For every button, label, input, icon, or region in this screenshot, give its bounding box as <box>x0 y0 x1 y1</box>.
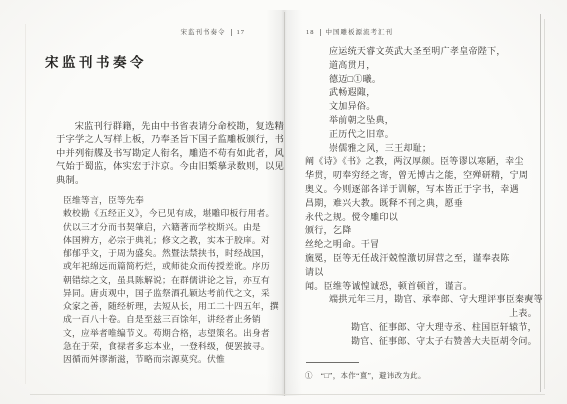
left-page-edge <box>25 24 26 384</box>
header-divider <box>231 29 232 36</box>
page-number: 18 <box>306 28 315 37</box>
body-line: 丝纶之明命。干冒 <box>305 238 537 252</box>
footnote-rule <box>306 362 359 363</box>
body-line: 应运统天睿文英武大圣至明广孝皇帝陛下， <box>305 45 537 59</box>
header-divider <box>320 29 321 36</box>
running-header-title: 宋监刊书奏令 <box>181 28 226 37</box>
book-spread: 宋监刊书奏令 17 宋监刊书奏令 宋监刊行群籍，先由中书省表请分命校勘，复选精于… <box>0 0 567 404</box>
quote-line: 或年祀绵远而篇简朽烂，或师徒众而传授差讹。序历 <box>63 260 285 273</box>
left-running-header: 宋监刊书奏令 17 <box>150 28 245 37</box>
body-line: 旒冕，臣等无任战汗兢惶激切屏营之至，谨奉表陈 <box>305 252 537 266</box>
body-line: 武畅遐陬， <box>305 86 537 100</box>
body-line: 阐《诗》《书》之教，两汉厚颜。臣等谬以寒陋，幸尘 <box>305 155 537 169</box>
memorial-quote-block: 臣维等言，臣等先奉 敕校勘《五经正义》，今已见有成，堪雕印板行用者。 伏以三才分… <box>63 194 285 366</box>
body-line: 文加异俗。 <box>305 100 537 114</box>
quote-line: 众家之善，随经析理，去短从长，用工二十四五年，撰 <box>63 300 285 313</box>
quote-line: 因循而舛谬渐滋，节略而宗源莫究。伏惟 <box>63 353 285 366</box>
quote-line: 文，应举者唯编节义。苟期合格，志望策名。出身者 <box>63 327 285 340</box>
body-line: 上表。 <box>305 307 537 321</box>
body-line: 勘官、征事郎、守大理寺丞、柱国臣轩辕节， <box>305 321 537 335</box>
body-line: 道高贯月， <box>305 59 537 73</box>
body-line: 勘官、征事郎、守太子右赞善大夫臣胡令问。 <box>305 335 537 349</box>
body-line: 昌期，难兴大教。既释不刊之典，愿垂 <box>305 197 537 211</box>
quote-line: 体国辨方，必宗于典礼；修文之教，实本于胶庠。对 <box>63 234 285 247</box>
body-line: 正历代之旧章。 <box>305 128 537 142</box>
quote-line: 臣维等言，臣等先奉 <box>63 194 285 207</box>
right-page-edge <box>540 14 541 392</box>
running-header-title: 中国雕板源流考汇刊 <box>326 28 394 37</box>
quote-line: 郁郁乎文，于周为盛矣。然暨法禁挟书，时经战国， <box>63 247 285 260</box>
footnote: ① “□”，本作“亶”，避讳改为此。 <box>305 370 535 381</box>
body-line: 奥义。今则逐部各详于训解，写本皆正于字书，幸遇 <box>305 183 537 197</box>
body-line: 请以 <box>305 266 537 280</box>
body-line: 端拱元年三月，勘官、承奉郎、守大理评事臣秦奭等 <box>305 293 537 307</box>
memorial-body-block: 应运统天睿文英武大圣至明广孝皇帝陛下， 道高贯月， 德迈□①曦。 武畅遐陬， 文… <box>305 45 537 349</box>
quote-line: 异同。唐贞观中，国子监祭酒孔颖达考前代之文，采 <box>63 287 285 300</box>
page-number: 17 <box>237 28 246 37</box>
body-line: 华贯，叨奉穷经之寄，曾无博古之能，空殚研精，宁周 <box>305 169 537 183</box>
bottom-page-edge <box>30 394 545 395</box>
body-line: 崇儒雅之风，三王却耻； <box>305 142 537 156</box>
right-page-edge-inner <box>544 19 545 389</box>
body-line: 德迈□①曦。 <box>305 73 537 87</box>
quote-line: 成一百八十卷。自是至兹三百馀年，讲经者止务销 <box>63 313 285 326</box>
quote-line: 朝错综之文，虽具陈解说；在群儒讲论之旨，亦互有 <box>63 274 285 287</box>
right-running-header: 18 中国雕板源流考汇刊 <box>306 28 506 37</box>
body-line: 永代之规。傥令雕印以 <box>305 211 537 225</box>
quote-line: 伏以三才分而书契肇启，六籍著而学校斯兴。由是 <box>63 221 285 234</box>
body-line: 闻。臣维等诚惶诚恐，顿首顿首，谨言。 <box>305 280 537 294</box>
chapter-title: 宋监刊书奏令 <box>45 51 147 71</box>
quote-line: 敕校勘《五经正义》，今已见有成，堪雕印板行用者。 <box>63 207 285 220</box>
body-line: 举前朝之坠典， <box>305 114 537 128</box>
body-line: 颁行，乞降 <box>305 224 537 238</box>
intro-paragraph: 宋监刊行群籍，先由中书省表请分命校勘，复选精于字学之人写样上板，乃奉圣旨下国子监… <box>56 121 284 188</box>
quote-line: 急在于荣，食禄者多忘本业，一登科级，便罢披寻。 <box>63 340 285 353</box>
